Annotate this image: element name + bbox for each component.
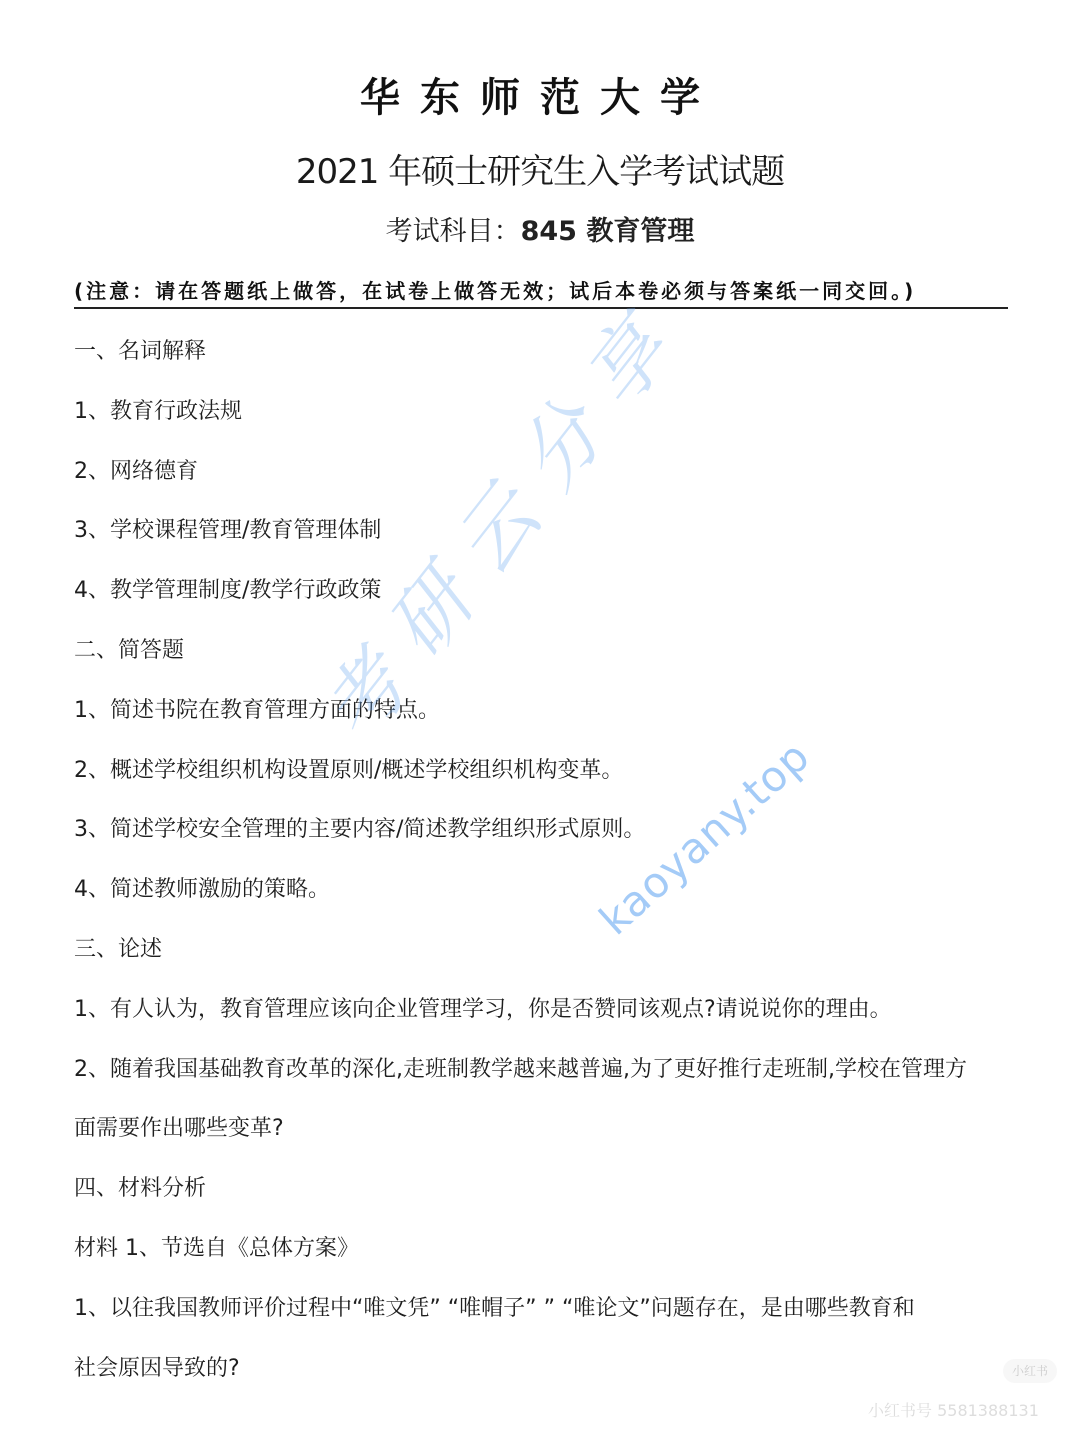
question-item: 4、简述教师激励的策略。	[74, 872, 1014, 932]
question-item: 1、以往我国教师评价过程中“唯文凭” “唯帽子” ” “唯论文”问题存在，是由哪…	[74, 1291, 1014, 1351]
exam-questions: 一、名词解释 1、教育行政法规 2、网络德育 3、学校课程管理/教育管理体制 4…	[74, 334, 1014, 1410]
question-item: 2、概述学校组织机构设置原则/概述学校组织机构变革。	[74, 753, 1014, 813]
section-heading: 二、简答题	[74, 633, 1014, 693]
question-item: 3、简述学校安全管理的主要内容/简述教学组织形式原则。	[74, 812, 1014, 872]
section-heading: 一、名词解释	[74, 334, 1014, 394]
xiaohongshu-account-id: 小红书号 5581388131	[868, 1398, 1039, 1421]
question-item: 2、网络德育	[74, 454, 1014, 514]
question-item: 1、简述书院在教育管理方面的特点。	[74, 693, 1014, 753]
xiaohongshu-logo-badge: 小红书	[1003, 1359, 1057, 1383]
question-item: 1、教育行政法规	[74, 394, 1014, 454]
exam-title: 2021 年硕士研究生入学考试试题	[0, 150, 1080, 194]
question-item: 4、教学管理制度/教学行政政策	[74, 573, 1014, 633]
subject-label: 考试科目：	[386, 216, 521, 247]
question-item-continuation: 面需要作出哪些变革?	[74, 1111, 1014, 1171]
exam-subject: 考试科目：845 教育管理	[0, 214, 1080, 250]
university-title: 华东师范大学	[0, 72, 1080, 124]
material-label: 材料 1、节选自《总体方案》	[74, 1231, 1014, 1291]
subject-value: 845 教育管理	[521, 216, 695, 247]
section-heading: 三、论述	[74, 932, 1014, 992]
exam-notice: (注意：请在答题纸上做答，在试卷上做答无效；试后本卷必须与答案纸一同交回。)	[74, 277, 1008, 309]
section-heading: 四、材料分析	[74, 1171, 1014, 1231]
question-item: 3、学校课程管理/教育管理体制	[74, 513, 1014, 573]
exam-paper-page: 华东师范大学 2021 年硕士研究生入学考试试题 考试科目：845 教育管理 (…	[0, 0, 1080, 1440]
question-item: 2、随着我国基础教育改革的深化,走班制教学越来越普遍,为了更好推行走班制,学校在…	[74, 1052, 1014, 1112]
question-item: 1、有人认为，教育管理应该向企业管理学习，你是否赞同该观点?请说说你的理由。	[74, 992, 1014, 1052]
